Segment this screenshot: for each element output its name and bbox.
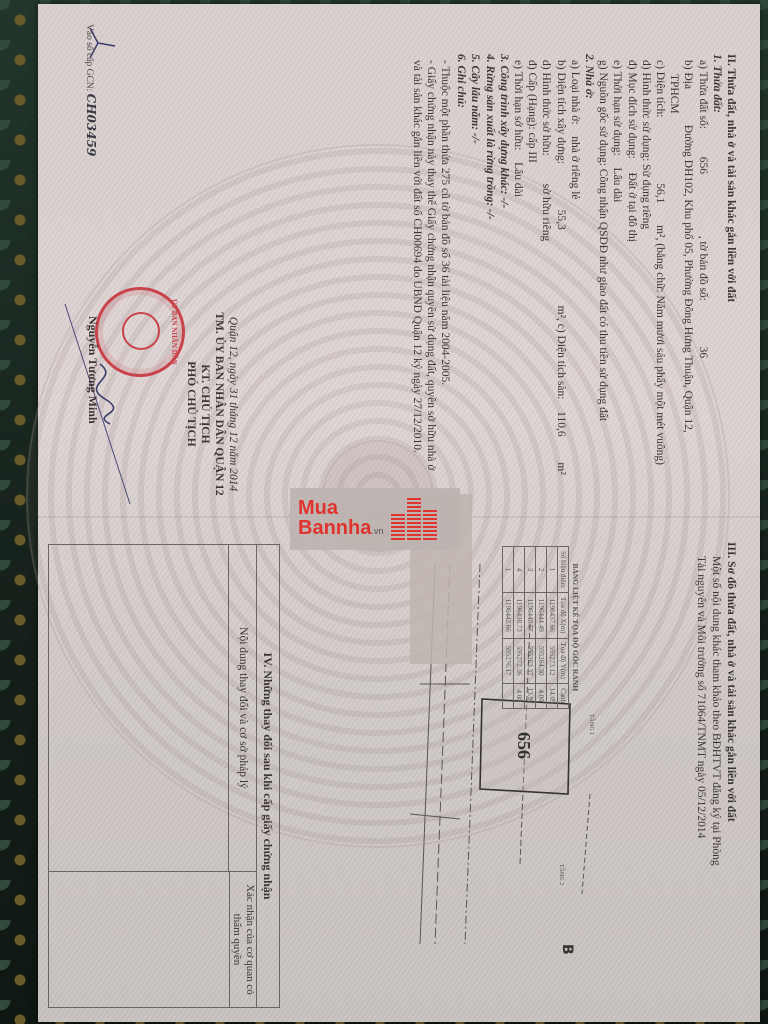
parcel-number: 656 bbox=[514, 732, 534, 759]
signer-name: Nguyễn Tương Minh bbox=[85, 316, 100, 424]
land-use-purpose: đ) Mục đích sử dụng: Đất ở tại đô thị bbox=[624, 54, 638, 504]
land-heading: 1. Thửa đất: bbox=[710, 54, 724, 504]
land-use-term: e) Thời hạn sử dụng: Lâu dài bbox=[610, 54, 624, 504]
issuing-authority: TM. ỦY BAN NHÂN DÂN QUẬN 12 bbox=[212, 274, 226, 534]
changes-content-header: Nội dung thay đổi và cơ sở pháp lý bbox=[228, 545, 257, 872]
coordinate-table-title: BẢNG LIỆT KÊ TỌA ĐỘ GÓC RANH bbox=[571, 546, 580, 709]
north-arrow: B bbox=[559, 944, 575, 955]
land-address-city: TPHCM bbox=[667, 54, 681, 504]
section3-reference-line2: Tài nguyên và Môi trường số 71064/TNMT n… bbox=[693, 542, 708, 1012]
land-plot-number: a) Thửa đất số: 656 , tờ bản đồ số: 36 bbox=[695, 54, 709, 504]
house-grade: đ) Cấp (Hạng): cấp III bbox=[525, 54, 539, 504]
house-type: a) Loại nhà ở: nhà ở riêng lẻ bbox=[568, 54, 582, 504]
signer-title: PHÓ CHỦ TỊCH bbox=[184, 274, 198, 534]
svg-text:TẦNG 1: TẦNG 1 bbox=[588, 714, 596, 735]
registry-entry: Vào sổ cấp GCN: CH03459 bbox=[84, 24, 98, 156]
section3-title: III. Sơ đồ thửa đất, nhà ở và tài sản kh… bbox=[723, 542, 738, 1012]
signature-scribble bbox=[40, 304, 160, 504]
land-address: b) Địa Đường DH102, Khu phố 05, Phường Đ… bbox=[681, 54, 695, 504]
logo-line2: Bannha.vn bbox=[298, 518, 383, 541]
muabannha-logo: Mua Bannha.vn bbox=[290, 488, 460, 550]
section-land-house: II. Thửa đất, nhà ở và tài sản khác gắn … bbox=[409, 54, 738, 504]
note-line: - Thuộc một phần thửa 275 cũ tờ bản đồ s… bbox=[438, 54, 452, 504]
coordinate-row: 11196442.66595276.17 bbox=[503, 547, 514, 709]
section-changes-table: IV. Những thay đổi sau khi cấp giấy chứn… bbox=[48, 544, 280, 1008]
logo-line1: Mua bbox=[298, 498, 383, 518]
house-building-area: b) Diện tích xây dựng: 55,3 m², c) Diện … bbox=[553, 54, 567, 504]
svg-text:TẦNG 2: TẦNG 2 bbox=[558, 864, 566, 885]
notes-heading: 6. Ghi chú: bbox=[454, 54, 468, 504]
house-ownership-term: e) Thời hạn sở hữu: Lâu dài bbox=[511, 54, 525, 504]
house-heading: 2. Nhà ở: bbox=[582, 54, 596, 504]
notes: - Thuộc một phần thửa 275 cũ tờ bản đồ s… bbox=[409, 54, 452, 504]
note-line: - Giấy chứng nhận này thay thế Giấy chứn… bbox=[424, 54, 438, 504]
section-plot-diagram: III. Sơ đồ thửa đất, nhà ở và tài sản kh… bbox=[693, 542, 738, 1012]
section2-title: II. Thửa đất, nhà ở và tài sản khác gắn … bbox=[724, 54, 738, 504]
land-use-origin: g) Nguồn gốc sử dụng: Công nhận QSDĐ như… bbox=[596, 54, 610, 504]
signer-role: KT. CHỦ TỊCH bbox=[198, 274, 212, 534]
coordinate-row: 21196444.49595264.304.00 bbox=[536, 547, 547, 709]
column-divider bbox=[49, 871, 229, 872]
other-structures: 3. Công trình xây dựng khác: -/- bbox=[497, 54, 511, 504]
authority-confirmation-header: Xác nhận của cơ quan có thẩm quyền bbox=[229, 872, 257, 1007]
perennial-trees: 5. Cây lâu năm: -/- bbox=[468, 54, 482, 504]
house-ownership-form: d) Hình thức sở hữu: sở hữu riêng bbox=[539, 54, 553, 504]
building-logo-icon bbox=[391, 498, 437, 540]
registry-number: CH03459 bbox=[84, 94, 98, 157]
section4-title: IV. Những thay đổi sau khi cấp giấy chứn… bbox=[256, 545, 279, 1007]
issue-date: Quận 12, ngày 31 tháng 12 năm 2014 bbox=[226, 274, 240, 534]
coordinate-row: 31196440.57595263.3713.97 bbox=[525, 547, 536, 709]
coordinate-row: 11196437.66595273.1214.09 bbox=[547, 547, 558, 709]
land-area: c) Diện tích: 56,1 m², (bằng chữ: Năm mư… bbox=[653, 54, 667, 504]
coordinate-row: 41196438.73595272.364.00 bbox=[514, 547, 525, 709]
planted-forest: 4. Rừng sản xuất là rừng trồng: -/- bbox=[482, 54, 496, 504]
section3-reference-line1: Một số nội dung khác tham khảo theo BĐHT… bbox=[708, 542, 723, 1012]
note-line: và tài sản khác gắn liền với đất số CH00… bbox=[409, 54, 423, 504]
signature-block: Quận 12, ngày 31 tháng 12 năm 2014 TM. Ủ… bbox=[184, 274, 240, 534]
coordinate-table: BẢNG LIỆT KÊ TỌA ĐỘ GÓC RANH Số hiệu điể… bbox=[502, 546, 580, 709]
land-use-form: d) Hình thức sử dụng: Sử dụng riêng bbox=[639, 54, 653, 504]
